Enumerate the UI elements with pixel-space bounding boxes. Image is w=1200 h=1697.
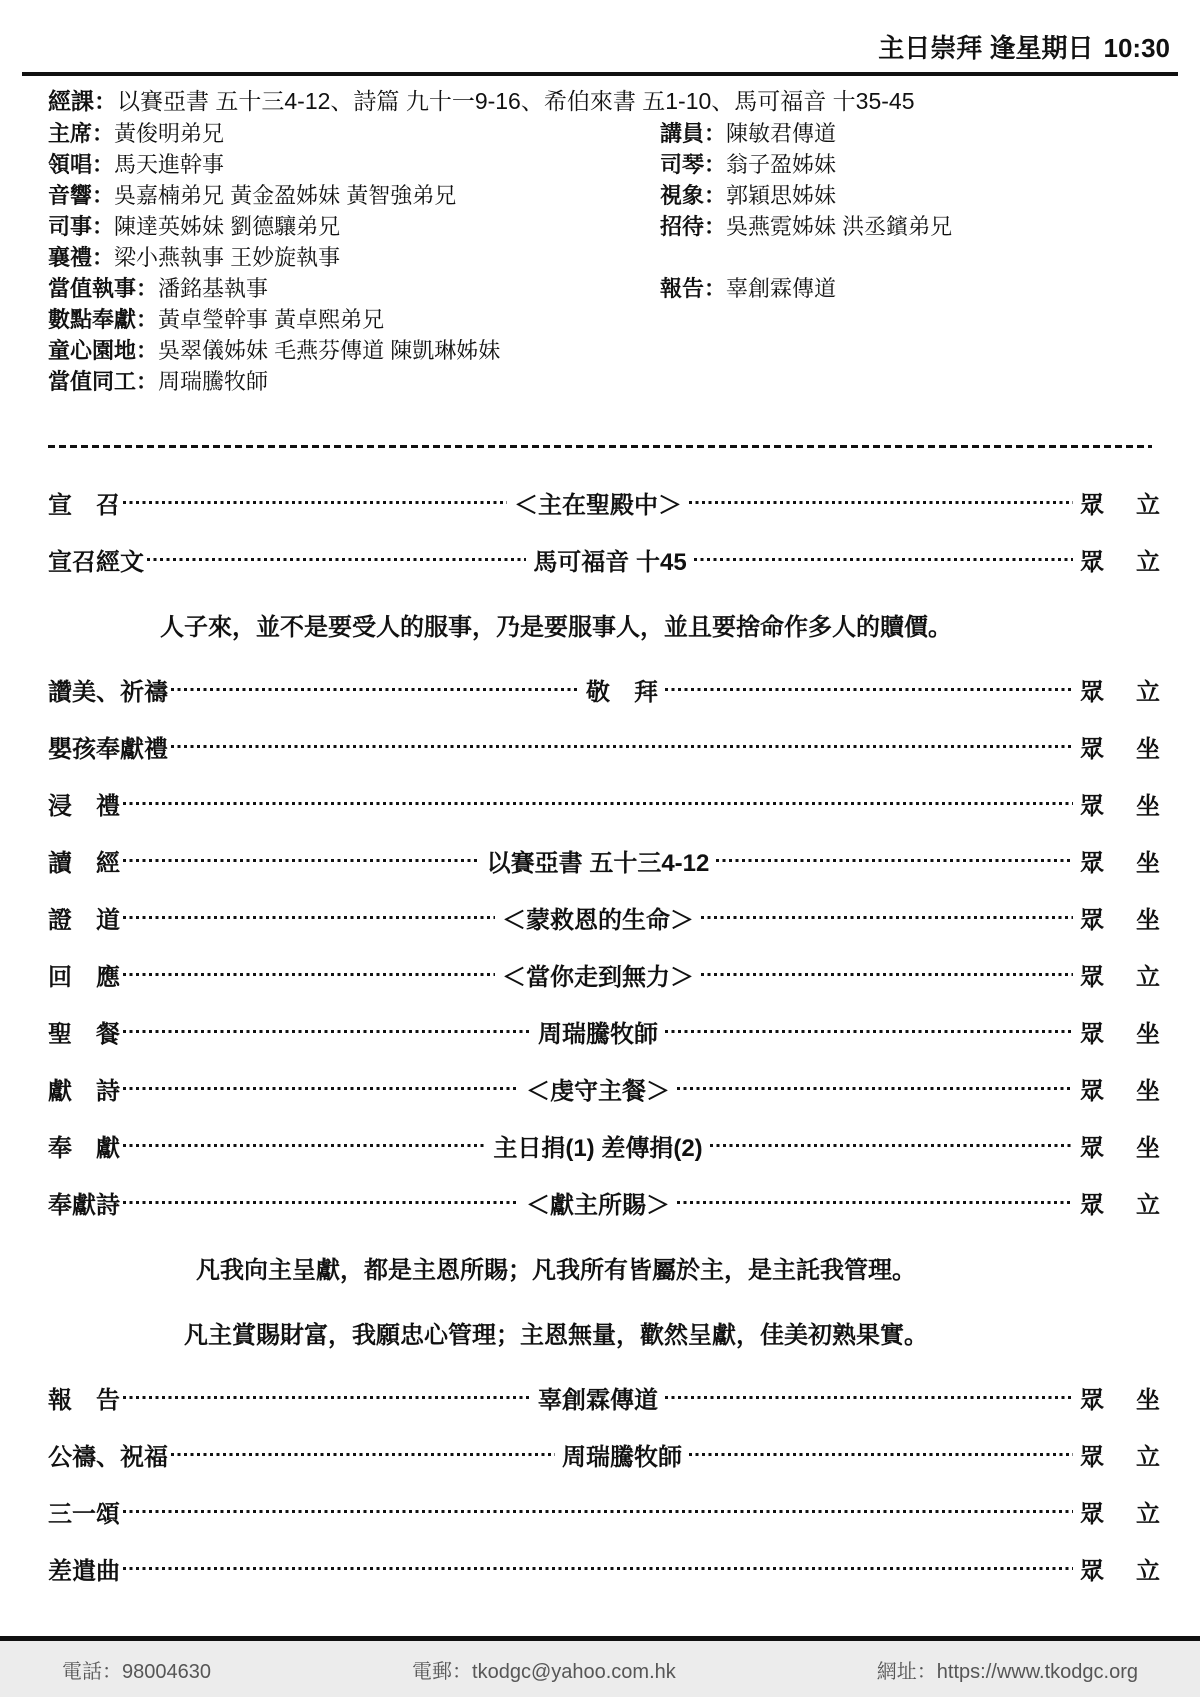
service-item: 讚美、祈禱敬 拜眾立 [48, 661, 1160, 718]
audience-label: 眾 [1080, 1437, 1104, 1472]
posture-label: 坐 [1136, 843, 1160, 878]
service-item: 回 應＜當你走到無力＞眾立 [48, 946, 1160, 1003]
role-label: 講員： [660, 121, 726, 146]
service-item-center: ＜蒙救恩的生命＞ [498, 900, 698, 935]
posture-label: 立 [1136, 1185, 1160, 1220]
leader-dots [123, 1396, 531, 1399]
service-item: 奉 獻主日捐(1) 差傳捐(2)眾坐 [48, 1117, 1160, 1174]
posture-label: 坐 [1136, 1071, 1160, 1106]
role-value: 辜創霖傳道 [726, 276, 836, 301]
leader-dots [123, 859, 480, 862]
leader-dots [147, 558, 526, 561]
posture-label: 立 [1136, 1551, 1160, 1586]
leader-dots [171, 745, 1073, 748]
posture-label: 坐 [1136, 786, 1160, 821]
roles-row: 襄禮：梁小燕執事 王妙旋執事 [48, 242, 1152, 273]
service-item: 浸 禮眾坐 [48, 775, 1160, 832]
lectionary-value: 以賽亞書 五十三4-12、詩篇 九十一9-16、希伯來書 五1-10、馬可福音 … [117, 88, 915, 114]
leader-dots [123, 501, 507, 504]
footer-phone: 電話：98004630 [62, 1655, 211, 1684]
service-item-label: 奉獻詩 [48, 1185, 120, 1220]
role-label: 音響： [48, 183, 114, 208]
service-item-label: 讀 經 [48, 843, 120, 878]
audience-label: 眾 [1080, 1128, 1104, 1163]
audience-label: 眾 [1080, 1071, 1104, 1106]
audience-label: 眾 [1080, 1014, 1104, 1049]
posture-label: 立 [1136, 542, 1160, 577]
audience-label: 眾 [1080, 485, 1104, 520]
service-item: 宣 召＜主在聖殿中＞眾立 [48, 474, 1160, 531]
audience-label: 眾 [1080, 786, 1104, 821]
role-value: 陳敏君傳道 [726, 121, 836, 146]
role-label: 招待： [660, 214, 726, 239]
role-value: 吳嘉楠弟兄 黃金盈姊妹 黃智強弟兄 [114, 183, 456, 208]
service-item: 報 告辜創霖傳道眾坐 [48, 1369, 1160, 1426]
role-label: 報告： [660, 276, 726, 301]
roles-row: 童心園地：吳翠儀姊妹 毛燕芬傳道 陳凱琳姊妹 [48, 335, 1152, 366]
service-item: 三一頌眾立 [48, 1483, 1160, 1540]
role-label: 當值執事： [48, 276, 158, 301]
footer-email: 電郵：tkodgc@yahoo.com.hk [412, 1655, 676, 1684]
leader-dots [689, 1453, 1073, 1456]
service-item: 聖 餐周瑞騰牧師眾坐 [48, 1003, 1160, 1060]
posture-label: 立 [1136, 1437, 1160, 1472]
service-item-center: 敬 拜 [582, 672, 662, 707]
audience-label: 眾 [1080, 542, 1104, 577]
service-item-center: ＜虔守主餐＞ [522, 1071, 674, 1106]
roles-section: 經課：以賽亞書 五十三4-12、詩篇 九十一9-16、希伯來書 五1-10、馬可… [0, 76, 1200, 397]
lectionary-label: 經課： [48, 88, 117, 114]
role-value: 周瑞騰牧師 [158, 369, 268, 394]
leader-dots [123, 1144, 486, 1147]
leader-dots [677, 1087, 1073, 1090]
role-value: 黃卓瑩幹事 黃卓熙弟兄 [158, 307, 384, 332]
leader-dots [665, 1030, 1073, 1033]
posture-label: 坐 [1136, 1014, 1160, 1049]
service-item-center: 主日捐(1) 差傳捐(2) [489, 1128, 706, 1163]
leader-dots [123, 1087, 519, 1090]
audience-label: 眾 [1080, 957, 1104, 992]
role-value: 吳燕霓姊妹 洪丞鑌弟兄 [726, 214, 952, 239]
leader-dots [123, 1201, 519, 1204]
bulletin-page: 主日崇拜 逢星期日10:30 經課：以賽亞書 五十三4-12、詩篇 九十一9-1… [0, 0, 1200, 1697]
roles-row: 司事：陳達英姊妹 劉德驤弟兄 招待：吳燕霓姊妹 洪丞鑌弟兄 [48, 211, 1152, 242]
service-item-label: 宣 召 [48, 485, 120, 520]
service-item-label: 三一頌 [48, 1494, 120, 1529]
leader-dots [689, 501, 1073, 504]
role-value: 黃俊明弟兄 [114, 121, 224, 146]
service-item-center: ＜主在聖殿中＞ [510, 485, 686, 520]
role-value: 潘銘基執事 [158, 276, 268, 301]
service-item-label: 宣召經文 [48, 542, 144, 577]
leader-dots [123, 1510, 1073, 1513]
role-value: 梁小燕執事 王妙旋執事 [114, 245, 340, 270]
posture-label: 立 [1136, 672, 1160, 707]
service-item-label: 公禱、祝福 [48, 1437, 168, 1472]
service-item: 嬰孩奉獻禮眾坐 [48, 718, 1160, 775]
leader-dots [665, 1396, 1073, 1399]
posture-label: 坐 [1136, 1128, 1160, 1163]
leader-dots [123, 1567, 1073, 1570]
audience-label: 眾 [1080, 672, 1104, 707]
role-label: 視象： [660, 183, 726, 208]
leader-dots [701, 916, 1073, 919]
service-item-label: 奉 獻 [48, 1128, 120, 1163]
audience-label: 眾 [1080, 1185, 1104, 1220]
roles-row: 當值同工：周瑞騰牧師 [48, 366, 1152, 397]
roles-row: 數點奉獻：黃卓瑩幹事 黃卓熙弟兄 [48, 304, 1152, 335]
audience-label: 眾 [1080, 1551, 1104, 1586]
leader-dots [677, 1201, 1073, 1204]
role-value: 陳達英姊妹 劉德驤弟兄 [114, 214, 340, 239]
roles-row: 主席：黃俊明弟兄 講員：陳敏君傳道 [48, 118, 1152, 149]
leader-dots [665, 688, 1073, 691]
service-item: 讀 經以賽亞書 五十三4-12眾坐 [48, 832, 1160, 889]
service-item-label: 回 應 [48, 957, 120, 992]
service-item: 獻 詩＜虔守主餐＞眾坐 [48, 1060, 1160, 1117]
service-item-center: 馬可福音 十45 [529, 542, 690, 577]
service-title: 主日崇拜 逢星期日 [878, 33, 1093, 63]
role-value: 郭穎思姊妹 [726, 183, 836, 208]
posture-label: 立 [1136, 485, 1160, 520]
service-item-label: 浸 禮 [48, 786, 120, 821]
role-label: 數點奉獻： [48, 307, 158, 332]
leader-dots [171, 688, 579, 691]
role-label: 主席： [48, 121, 114, 146]
role-value: 馬天進幹事 [114, 152, 224, 177]
leader-dots [710, 1144, 1073, 1147]
roles-row: 當值執事：潘銘基執事 報告：辜創霖傳道 [48, 273, 1152, 304]
footer-website: 網址：https://www.tkodgc.org [877, 1655, 1138, 1684]
role-label: 司琴： [660, 152, 726, 177]
posture-label: 立 [1136, 957, 1160, 992]
leader-dots [694, 558, 1073, 561]
roles-row: 音響：吳嘉楠弟兄 黃金盈姊妹 黃智強弟兄 視象：郭穎思姊妹 [48, 180, 1152, 211]
audience-label: 眾 [1080, 1494, 1104, 1529]
role-value: 翁子盈姊妹 [726, 152, 836, 177]
service-item-center: ＜獻主所賜＞ [522, 1185, 674, 1220]
leader-dots [171, 1453, 555, 1456]
service-item: 證 道＜蒙救恩的生命＞眾坐 [48, 889, 1160, 946]
audience-label: 眾 [1080, 729, 1104, 764]
order-of-service: 宣 召＜主在聖殿中＞眾立 宣召經文馬可福音 十45眾立 人子來，並不是要受人的服… [0, 448, 1200, 1597]
role-label: 司事： [48, 214, 114, 239]
audience-label: 眾 [1080, 900, 1104, 935]
scripture-text: 人子來，並不是要受人的服事，乃是要服事人，並且要捨命作多人的贖價。 [48, 596, 1160, 653]
posture-label: 立 [1136, 1494, 1160, 1529]
hymn-text: 凡我向主呈獻，都是主恩所賜；凡我所有皆屬於主，是主託我管理。 [48, 1239, 1160, 1296]
roles-row: 領唱：馬天進幹事 司琴：翁子盈姊妹 [48, 149, 1152, 180]
service-item-label: 證 道 [48, 900, 120, 935]
service-item-label: 獻 詩 [48, 1071, 120, 1106]
service-item: 差遣曲眾立 [48, 1540, 1160, 1597]
service-item-center: 辜創霖傳道 [534, 1380, 662, 1415]
role-label: 襄禮： [48, 245, 114, 270]
service-item-label: 差遣曲 [48, 1551, 120, 1586]
role-label: 童心園地： [48, 338, 158, 363]
service-item-label: 報 告 [48, 1380, 120, 1415]
lectionary-line: 經課：以賽亞書 五十三4-12、詩篇 九十一9-16、希伯來書 五1-10、馬可… [48, 84, 1152, 118]
leader-dots [716, 859, 1073, 862]
service-item-center: 周瑞騰牧師 [558, 1437, 686, 1472]
page-header: 主日崇拜 逢星期日10:30 [0, 0, 1200, 72]
leader-dots [123, 916, 495, 919]
service-item: 宣召經文馬可福音 十45眾立 [48, 531, 1160, 588]
role-label: 領唱： [48, 152, 114, 177]
posture-label: 坐 [1136, 1380, 1160, 1415]
leader-dots [123, 802, 1073, 805]
service-item-label: 聖 餐 [48, 1014, 120, 1049]
service-item-center: ＜當你走到無力＞ [498, 957, 698, 992]
service-item: 公禱、祝福周瑞騰牧師眾立 [48, 1426, 1160, 1483]
audience-label: 眾 [1080, 843, 1104, 878]
leader-dots [123, 1030, 531, 1033]
service-item-label: 嬰孩奉獻禮 [48, 729, 168, 764]
service-item-center: 以賽亞書 五十三4-12 [483, 843, 714, 878]
role-value: 吳翠儀姊妹 毛燕芬傳道 陳凱琳姊妹 [158, 338, 500, 363]
service-item-center: 周瑞騰牧師 [534, 1014, 662, 1049]
audience-label: 眾 [1080, 1380, 1104, 1415]
leader-dots [123, 973, 495, 976]
leader-dots [701, 973, 1073, 976]
hymn-text: 凡主賞賜財富，我願忠心管理；主恩無量，歡然呈獻，佳美初熟果實。 [48, 1304, 1160, 1361]
posture-label: 坐 [1136, 729, 1160, 764]
role-label: 當值同工： [48, 369, 158, 394]
posture-label: 坐 [1136, 900, 1160, 935]
service-time: 10:30 [1104, 33, 1171, 63]
footer-bar: 電話：98004630 電郵：tkodgc@yahoo.com.hk 網址：ht… [0, 1641, 1200, 1697]
service-item: 奉獻詩＜獻主所賜＞眾立 [48, 1174, 1160, 1231]
service-item-label: 讚美、祈禱 [48, 672, 168, 707]
